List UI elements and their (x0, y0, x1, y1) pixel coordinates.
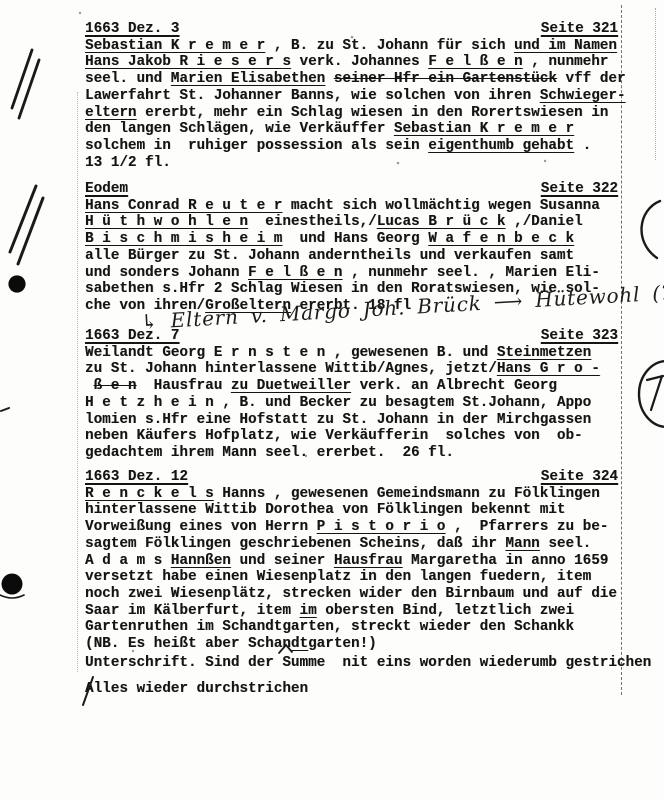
text-run: ererbt, mehr ein Schlag wiesen in den Ro… (136, 105, 608, 121)
text-run (325, 71, 334, 87)
ink-dot-icon (8, 275, 25, 292)
footer-note-line: Unterschrift. Sind der Summe nit eins wo… (85, 655, 651, 672)
text-line: Sebastian K r e m e r , B. zu St. Johann… (85, 38, 618, 55)
text-run: sagtem Fölklingen geschriebenen Scheins,… (85, 536, 505, 552)
text-run: solchem in ruhiger possession als sein (85, 138, 428, 154)
dash-mark-icon (1, 408, 9, 411)
struck-text: ß e n (94, 378, 137, 394)
text-run: H e t z h e i n , B. und Becker zu besag… (85, 395, 591, 411)
text-line: ß e n Hausfrau zu Duetweiller verk. an A… (85, 378, 618, 395)
underlined-text: Mann (505, 536, 539, 552)
text-line: Saar im Kälberfurt, item im obersten Bin… (85, 603, 618, 620)
text-run: noch zwei Wiesenplätz, strecken wider de… (85, 586, 617, 602)
text-line: sagtem Fölklingen geschriebenen Scheins,… (85, 536, 618, 553)
section-page-label: Seite 321 (541, 21, 618, 38)
text-run: neben Käufers Hofplatz, wie Verkäufferin… (85, 428, 583, 444)
text-line: (NB. Es heißt aber Schandtgarten!) (85, 636, 618, 653)
record-section-321: 1663 Dez. 3Seite 321Sebastian K r e m e … (85, 21, 618, 171)
text-run: Lawerfahrt St. Johanner Banns, wie solch… (85, 88, 540, 104)
text-run: den langen Schlägen, wie Verkäuffer (85, 121, 394, 137)
text-run: lomien s.Hfr eine Hofstatt zu St. Johann… (85, 412, 591, 428)
text-line: H ü t h w o h l e n einestheils,/Lucas B… (85, 214, 618, 231)
underlined-text: Hausfrau (334, 553, 403, 569)
text-line: den langen Schlägen, wie Verkäuffer Seba… (85, 121, 618, 138)
text-run: einestheils,/ (248, 214, 377, 230)
text-line: noch zwei Wiesenplätz, strecken wider de… (85, 586, 618, 603)
text-run: , Pfarrers zu be- (445, 519, 608, 535)
ink-smudge-icon (0, 595, 24, 598)
double-slash-mark-icon (12, 50, 39, 118)
underlined-text: W a f e n b e c k (428, 231, 574, 247)
circled-7-icon (639, 361, 664, 427)
text-run: alle Bürger zu St. Johann anderntheils u… (85, 248, 574, 264)
section-date-label: 1663 Dez. 3 (85, 21, 179, 38)
text-line: A d a m s Hannßen und seiner Hausfrau Ma… (85, 553, 618, 570)
text-line: neben Käufers Hofplatz, wie Verkäufferin… (85, 428, 618, 445)
underlined-text: B i s c h m i s h e i m (85, 231, 282, 247)
underlined-text: Hannßen (171, 553, 231, 569)
text-run: ,/Daniel (505, 214, 582, 230)
text-line: Lawerfahrt St. Johanner Banns, wie solch… (85, 88, 618, 105)
text-run: seel. (540, 536, 591, 552)
text-run: verk. Johannes (291, 54, 428, 70)
text-line: R e n c k e l s Hanns , gewesenen Gemein… (85, 486, 618, 503)
text-line: eltern ererbt, mehr ein Schlag wiesen in… (85, 105, 618, 122)
underlined-text: F e l ß e n (428, 54, 522, 70)
parenthesis-arc-icon (642, 201, 660, 258)
text-run: hinterlassene Wittib Dorothea von Fölkli… (85, 502, 565, 518)
text-run: Saar im Kälberfurt, item (85, 603, 300, 619)
left-margin-dotted-line (77, 92, 78, 672)
underlined-text: Hans G r o - (497, 361, 600, 377)
footer-note-line: Alles wieder durchstrichen (85, 681, 308, 698)
page-edge-dotted-line (655, 8, 656, 160)
text-line: B i s c h m i s h e i m und Hans Georg W… (85, 231, 618, 248)
text-line: lomien s.Hfr eine Hofstatt zu St. Johann… (85, 412, 618, 429)
underlined-text: P i s t o r i o (317, 519, 446, 535)
text-run: (NB. Es heißt aber Schan (85, 636, 291, 652)
underlined-text: im (300, 603, 317, 619)
page-fold-dashed-line (621, 5, 622, 695)
ink-dot-icon (2, 574, 23, 595)
underlined-text: Schwieger- (540, 88, 626, 104)
text-run: , B. zu St. Johann für sich (265, 38, 514, 54)
text-run: 13 1/2 fl. (85, 155, 171, 171)
struck-text: seiner Hfr ein Gartenstück (334, 71, 557, 87)
text-run: A d a m s (85, 553, 171, 569)
text-line: alle Bürger zu St. Johann anderntheils u… (85, 248, 618, 265)
underlined-text: Hans Jakob R i e s e r s (85, 54, 291, 70)
text-line: Weilandt Georg E r n s t e n , gewesenen… (85, 345, 618, 362)
text-run: Margaretha in anno 1659 (402, 553, 608, 569)
section-date-label: 1663 Dez. 12 (85, 469, 188, 486)
text-run: Hanns , gewesenen Gemeindsmann zu Fölkli… (214, 486, 600, 502)
text-run: garten!) (308, 636, 377, 652)
text-run: , nunmehr seel. , Marien Eli- (342, 265, 599, 281)
text-run: vff der (557, 71, 626, 87)
section-header: EodemSeite 322 (85, 181, 618, 198)
text-run: verk. an Albrecht Georg (351, 378, 557, 394)
text-line: gedachtem ihrem Mann seel. ererbet. 26 f… (85, 445, 618, 462)
text-run: Vorweißung eines von Herrn (85, 519, 317, 535)
underlined-text: Sebastian K r e m e r (394, 121, 574, 137)
text-run (85, 378, 94, 394)
text-line: hinterlassene Wittib Dorothea von Fölkli… (85, 502, 618, 519)
underlined-text: Marien Elisabethen (171, 71, 325, 87)
double-slash-mark-icon (10, 186, 43, 264)
text-run: versetzt habe einen Wiesenplatz in den l… (85, 569, 591, 585)
section-page-label: Seite 322 (541, 181, 618, 198)
underlined-text: dt (291, 636, 308, 652)
underlined-text: R e n c k e l s (85, 486, 214, 502)
record-section-323: 1663 Dez. 7Seite 323Weilandt Georg E r n… (85, 328, 618, 462)
record-section-324: 1663 Dez. 12Seite 324R e n c k e l s Han… (85, 469, 618, 653)
text-line: zu St. Johann hinterlassene Wittib/Agnes… (85, 361, 618, 378)
text-line: versetzt habe einen Wiesenplatz in den l… (85, 569, 618, 586)
text-run: , nunmehr (523, 54, 609, 70)
text-run: seel. und (85, 71, 171, 87)
underlined-text: Steinmetzen (497, 345, 591, 361)
text-line: Hans Jakob R i e s e r s verk. Johannes … (85, 54, 618, 71)
text-run: zu St. Johann hinterlassene Wittib/Agnes… (85, 361, 497, 377)
text-line: 13 1/2 fl. (85, 155, 618, 172)
text-line: Gartenruthen im Schandtgarten, streckt w… (85, 619, 618, 636)
text-run: und sonders Johann (85, 265, 248, 281)
underlined-text: eigenthumb gehabt (428, 138, 574, 154)
underlined-text: F e l ß e n (248, 265, 342, 281)
text-run: und seiner (231, 553, 334, 569)
underlined-text: und im Namen (514, 38, 617, 54)
section-page-label: Seite 323 (541, 328, 618, 345)
text-run: macht sich wollmächtig wegen Susanna (282, 198, 599, 214)
underlined-text: Sebastian K r e m e r (85, 38, 265, 54)
text-line: seel. und Marien Elisabethen seiner Hfr … (85, 71, 618, 88)
text-run: Gartenruthen im Schandtgarten, streckt w… (85, 619, 574, 635)
scanned-document-page: 1663 Dez. 3Seite 321Sebastian K r e m e … (0, 0, 664, 800)
underlined-text: zu Duetweiller (231, 378, 351, 394)
text-line: und sonders Johann F e l ß e n , nunmehr… (85, 265, 618, 282)
text-line: Hans Conrad R e u t e r macht sich wollm… (85, 198, 618, 215)
underlined-text: Hans Conrad R e u t e r (85, 198, 282, 214)
text-run: Hausfrau (137, 378, 231, 394)
section-header: 1663 Dez. 3Seite 321 (85, 21, 618, 38)
text-line: solchem in ruhiger possession als sein e… (85, 138, 618, 155)
text-run: gedachtem ihrem Mann seel. ererbet. 26 f… (85, 445, 454, 461)
underlined-text: H ü t h w o h l e n (85, 214, 248, 230)
text-run: obersten Bind, letztlich zwei (317, 603, 574, 619)
text-run: Weilandt Georg E r n s t e n , gewesenen… (85, 345, 497, 361)
section-date-label: Eodem (85, 181, 128, 198)
underlined-text: eltern (85, 105, 136, 121)
text-run: . (574, 138, 591, 154)
text-line: H e t z h e i n , B. und Becker zu besag… (85, 395, 618, 412)
section-page-label: Seite 324 (541, 469, 618, 486)
text-run: und Hans Georg (282, 231, 428, 247)
section-header: 1663 Dez. 12Seite 324 (85, 469, 618, 486)
text-line: Vorweißung eines von Herrn P i s t o r i… (85, 519, 618, 536)
underlined-text: Lucas B r ü c k (377, 214, 506, 230)
